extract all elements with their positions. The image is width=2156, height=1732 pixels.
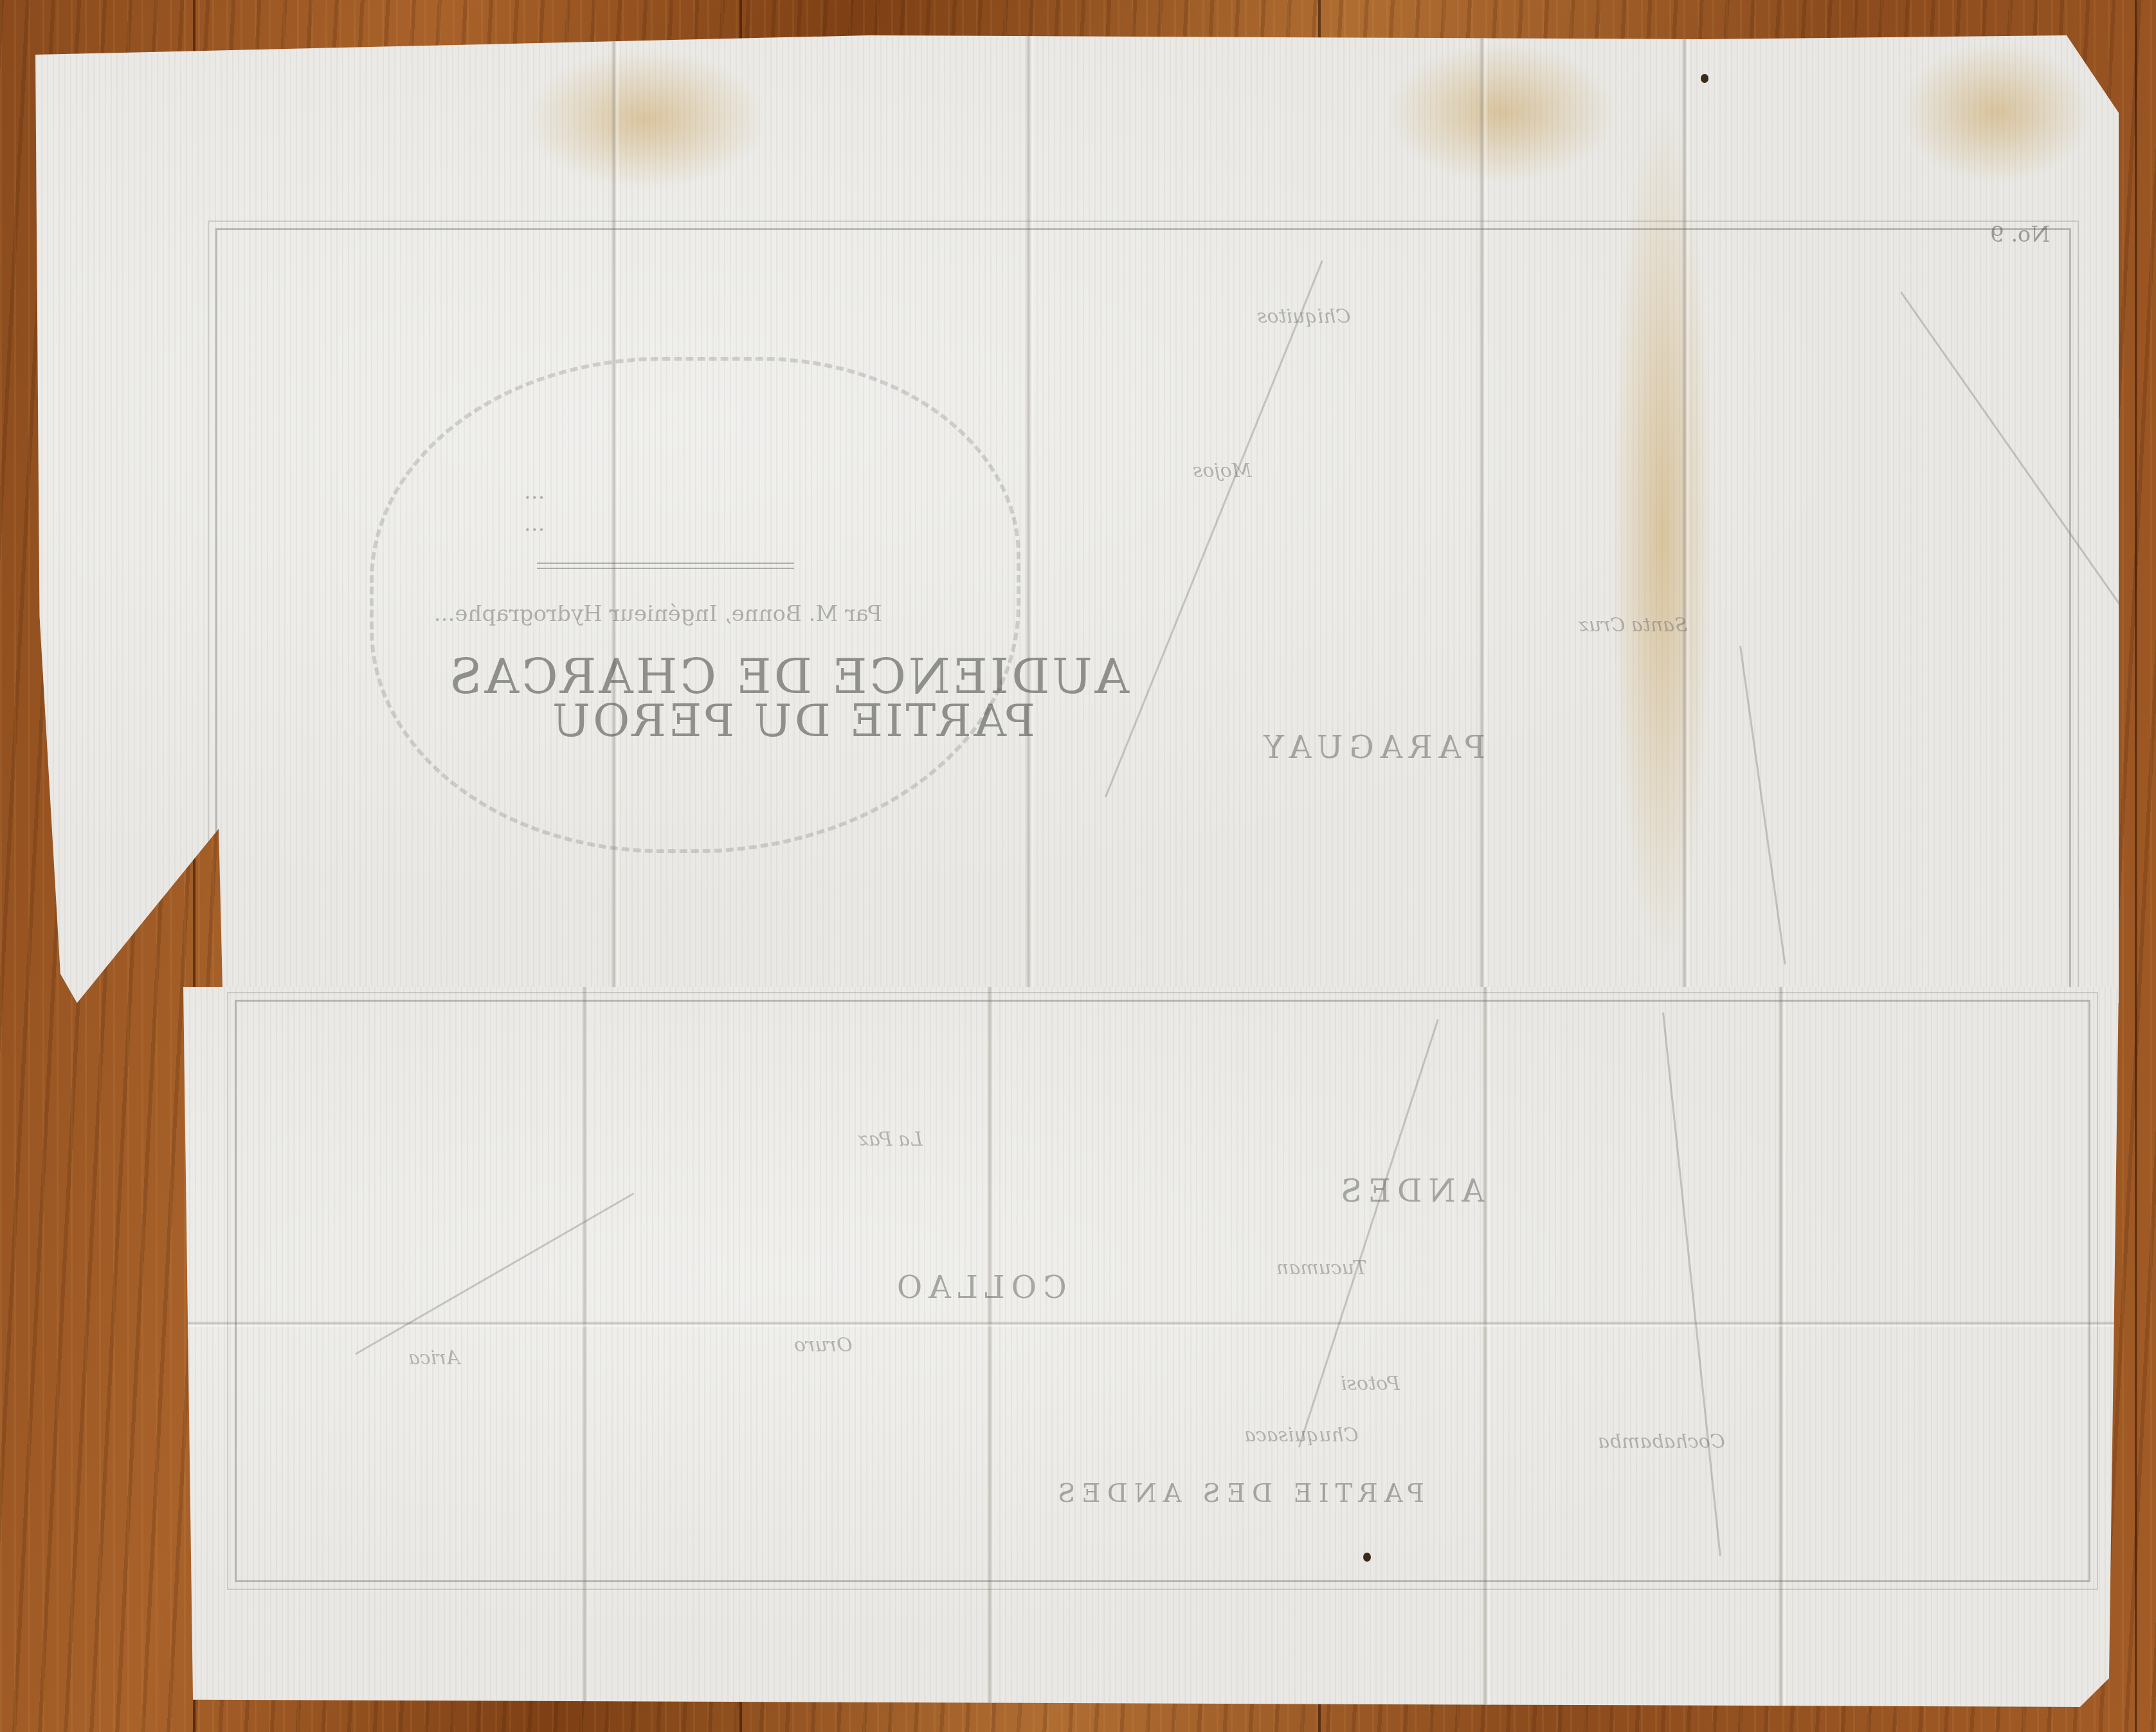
map-title-line-2: PARTIE DU PEROU — [550, 694, 1035, 747]
plate-number: No. 9 — [1990, 222, 2050, 248]
plank-seam — [2135, 0, 2137, 1732]
place-label: Oruro — [794, 1334, 853, 1357]
cartouche-text: ... — [524, 511, 545, 537]
place-label: Mojos — [1193, 460, 1252, 482]
region-label: PARAGUAY — [1257, 730, 1485, 766]
pin-hole — [1363, 1553, 1371, 1562]
place-label: Arica — [408, 1347, 460, 1369]
region-label: COLLAO — [891, 1270, 1067, 1306]
cartouche-text: ... — [524, 479, 545, 505]
water-stain — [1386, 42, 1617, 183]
cartouche-rule — [537, 563, 794, 569]
region-label: PARTIE DES ANDES — [1051, 1479, 1424, 1508]
map-sheet-lower: ANDES COLLAO PARTIE DES ANDES Tucuman Po… — [183, 987, 2119, 1707]
region-label: ANDES — [1334, 1173, 1484, 1209]
cartouche-credit: Par M. Bonne, Ingénieur Hydrographe... — [434, 601, 882, 627]
place-label: Santa Cruz — [1579, 614, 1688, 636]
pin-hole — [1701, 74, 1708, 83]
map-sheet-upper: ... ... Par M. Bonne, Ingénieur Hydrogra… — [35, 35, 2119, 1003]
water-stain — [524, 48, 768, 190]
place-label: Potosi — [1341, 1373, 1400, 1395]
place-label: La Paz — [858, 1128, 923, 1151]
water-stain — [1900, 42, 2093, 183]
